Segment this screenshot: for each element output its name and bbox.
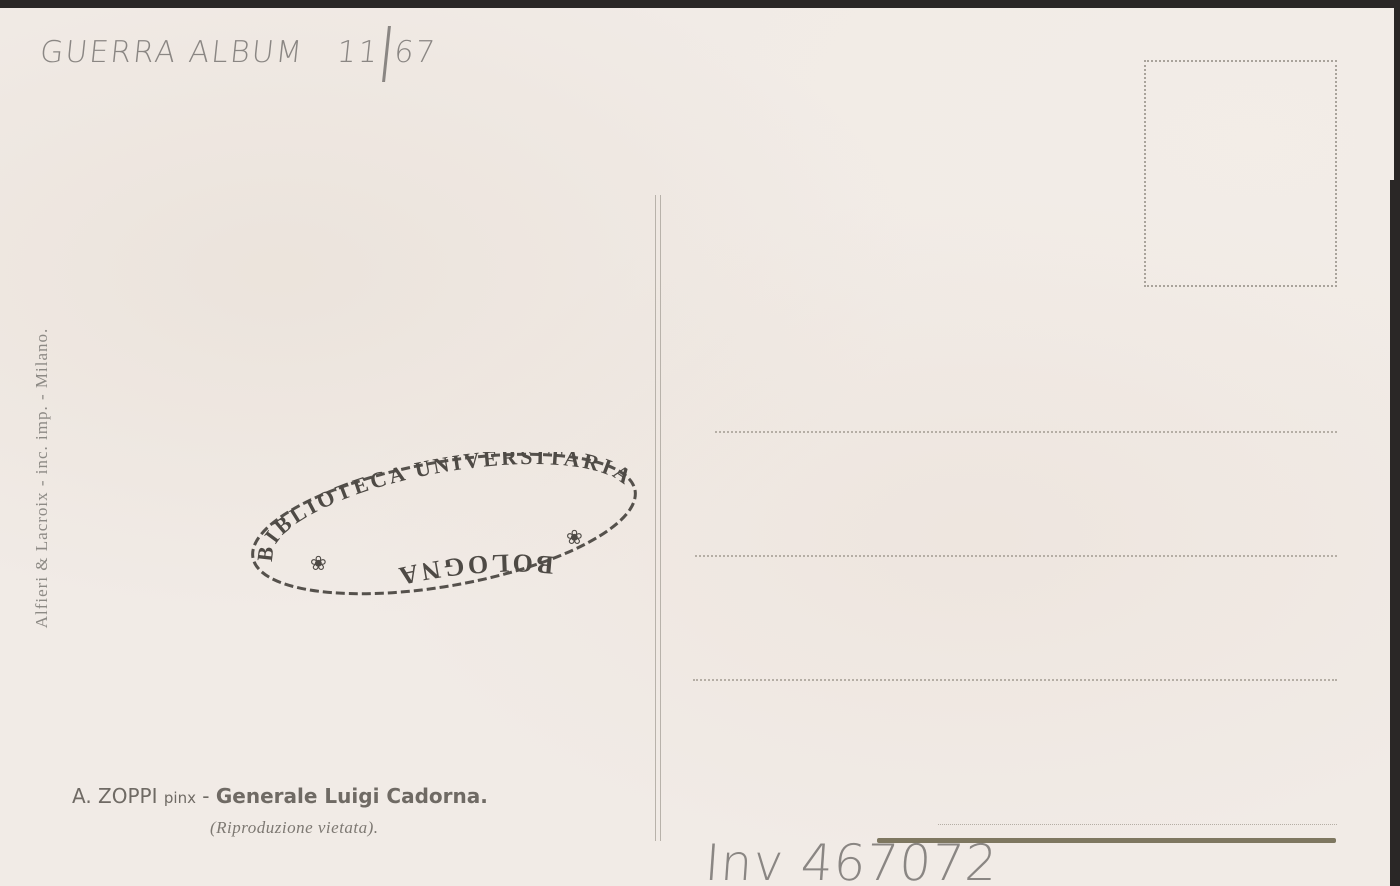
- address-line-1: [715, 431, 1337, 433]
- album-label: GUERRA ALBUM: [38, 35, 305, 70]
- pinx-label: pinx: [164, 789, 196, 807]
- address-line-2: [695, 555, 1337, 557]
- scan-border-right-top: [1396, 0, 1400, 180]
- caption-separator: -: [196, 784, 216, 808]
- svg-text:BOLOGNA: BOLOGNA: [393, 548, 555, 591]
- address-line-3: [693, 679, 1337, 681]
- album-left-number: 11: [335, 35, 381, 70]
- handwritten-album-reference: GUERRA ALBUM 1167: [37, 26, 439, 82]
- artist-name: A. ZOPPI: [72, 784, 158, 808]
- center-divider: [655, 195, 661, 841]
- library-stamp-icon: BIBLIOTECA UNIVERSITARIA BOLOGNA ❀ ❀: [244, 452, 644, 602]
- svg-text:❀: ❀: [566, 525, 583, 549]
- stamp-placement-box: [1144, 60, 1337, 287]
- address-line-4: [938, 824, 1337, 825]
- album-right-number: 67: [392, 35, 438, 70]
- scan-border-top: [0, 0, 1400, 8]
- inventory-number: Inv 467072: [703, 834, 1000, 886]
- scan-border-right: [1390, 180, 1400, 886]
- postcard-back: GUERRA ALBUM 1167 Alfieri & Lacroix - in…: [0, 8, 1394, 886]
- svg-text:❀: ❀: [310, 551, 327, 575]
- slash-mark: [382, 26, 391, 82]
- postcard-caption: A. ZOPPI pinx - Generale Luigi Cadorna.: [72, 784, 612, 808]
- artwork-title: Generale Luigi Cadorna.: [216, 784, 488, 808]
- reproduction-notice: (Riproduzione vietata).: [210, 818, 379, 838]
- printer-imprint: Alfieri & Lacroix - inc. imp. - Milano.: [32, 328, 52, 629]
